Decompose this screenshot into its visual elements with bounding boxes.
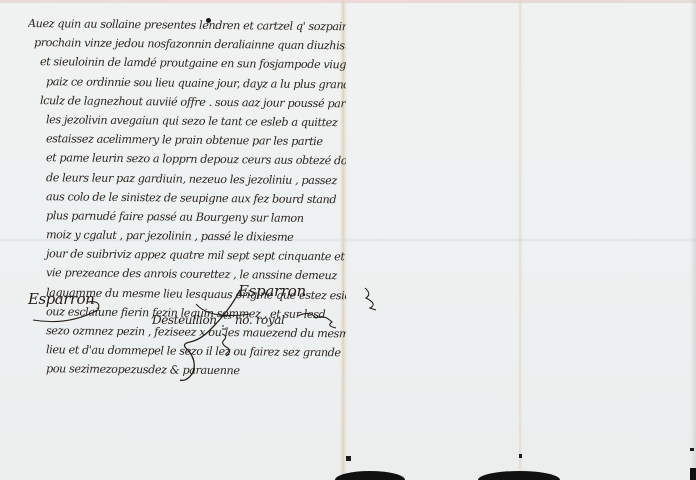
- ink-speck: [519, 454, 522, 458]
- manuscript-sheet: Auez quin au sollaine presentes lendren …: [0, 0, 696, 480]
- burn-damage-mark: [478, 471, 560, 480]
- ink-speck: [346, 456, 351, 461]
- notary-paraph-flourish: [140, 270, 380, 390]
- ink-speck: [690, 448, 694, 451]
- burn-damage-mark: [335, 471, 405, 480]
- ink-blot: [206, 18, 211, 23]
- paper-right-edge: [690, 0, 696, 480]
- manuscript-line: et pame leurin sezo a lopprn depouz ceur…: [28, 148, 346, 171]
- esparron-left-flourish: [28, 290, 108, 330]
- paper-top-edge: [0, 0, 696, 3]
- burn-damage-mark: [690, 468, 696, 480]
